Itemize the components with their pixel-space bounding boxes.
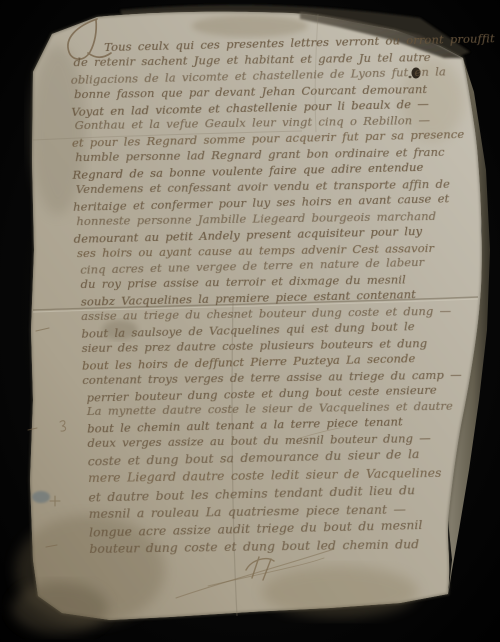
manuscript-photograph: Tous ceulx qui ces presentes lettres ver… xyxy=(0,0,500,642)
blue-spot xyxy=(32,491,50,503)
manuscript-photo-backdrop xyxy=(0,0,500,642)
